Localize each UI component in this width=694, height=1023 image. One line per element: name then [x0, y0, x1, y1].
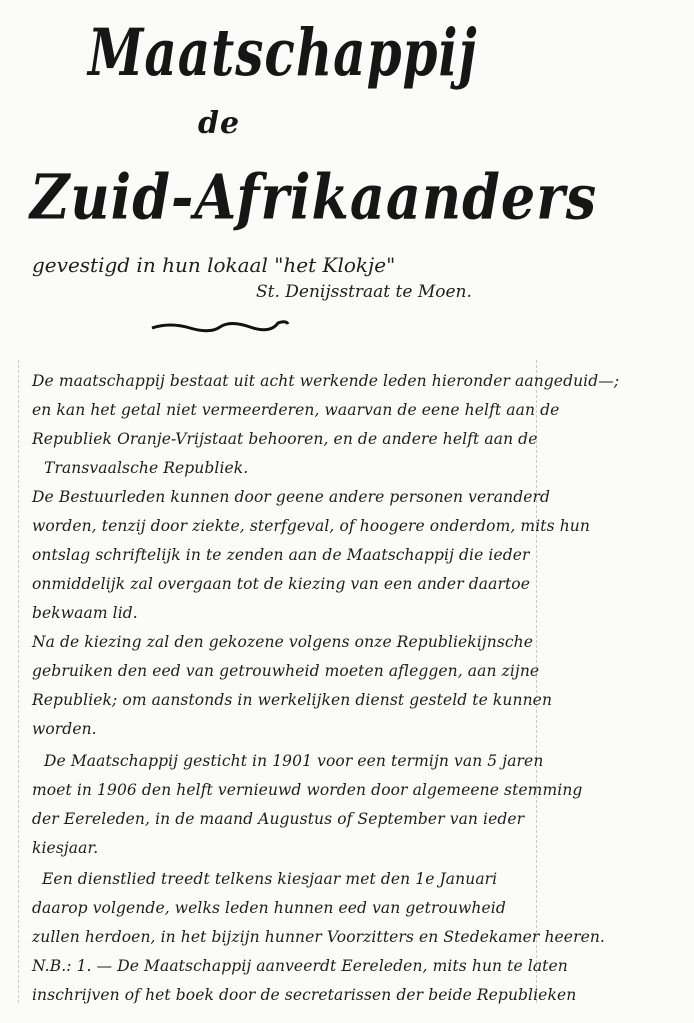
body-line: De Bestuurleden kunnen door geene andere… [32, 488, 550, 506]
subtitle-location: gevestigd in hun lokaal "het Klokje" [32, 253, 395, 277]
flourish-divider-icon [150, 318, 290, 334]
margin-rule-right [536, 360, 537, 1003]
title-de: de [198, 106, 240, 141]
body-line: N.B.: 1. — De Maatschappij aanveerdt Eer… [32, 957, 568, 975]
subtitle-street: St. Denijsstraat te Moen. [256, 282, 472, 302]
body-line: worden. [32, 720, 97, 738]
manuscript-page: Maatschappij de Zuid-Afrikaanders gevest… [0, 0, 694, 1023]
body-line: en kan het getal niet vermeerderen, waar… [32, 401, 559, 419]
body-line: bekwaam lid. [32, 604, 138, 622]
body-line: Een dienstlied treedt telkens kiesjaar m… [42, 870, 497, 888]
body-line: Republiek Oranje-Vrijstaat behooren, en … [32, 430, 537, 448]
body-line: ontslag schriftelijk in te zenden aan de… [32, 546, 530, 564]
body-line: Republiek; om aanstonds in werkelijken d… [32, 691, 552, 709]
body-line: worden, tenzij door ziekte, sterfgeval, … [32, 517, 590, 535]
body-line: inschrijven of het boek door de secretar… [32, 986, 576, 1004]
body-line: kiesjaar. [32, 839, 98, 857]
title-zuid-afrikaanders: Zuid-Afrikaanders [30, 160, 597, 234]
body-line: gebruiken den eed van getrouwheid moeten… [32, 662, 539, 680]
body-line: De Maatschappij gesticht in 1901 voor ee… [44, 752, 543, 770]
title-maatschappij: Maatschappij [88, 14, 478, 91]
body-line: Transvaalsche Republiek. [44, 459, 248, 477]
body-line: moet in 1906 den helft vernieuwd worden … [32, 781, 582, 799]
body-line: Na de kiezing zal den gekozene volgens o… [32, 633, 533, 651]
body-line: daarop volgende, welks leden hunnen eed … [32, 899, 506, 917]
body-line: De maatschappij bestaat uit acht werkend… [32, 372, 619, 390]
margin-rule-left [18, 360, 19, 1003]
body-line: der Eereleden, in de maand Augustus of S… [32, 810, 524, 828]
body-line: onmiddelijk zal overgaan tot de kiezing … [32, 575, 530, 593]
body-line: zullen herdoen, in het bijzijn hunner Vo… [32, 928, 605, 946]
